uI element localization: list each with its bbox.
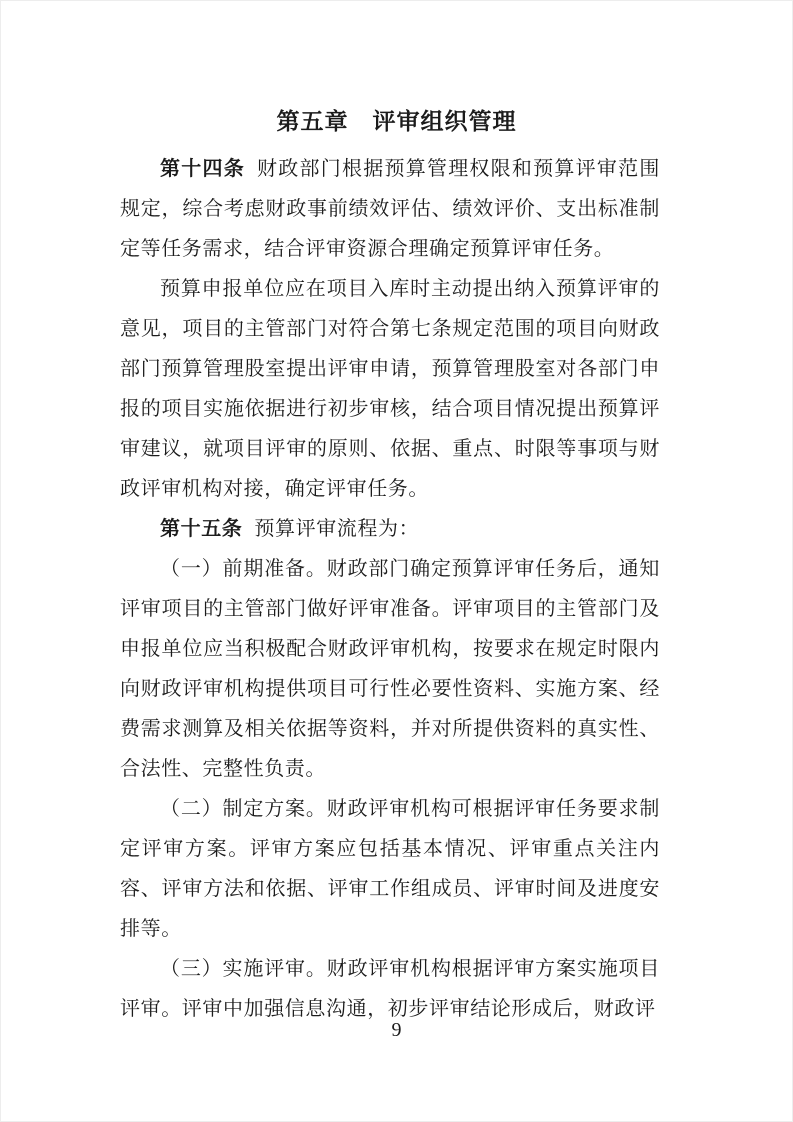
- paragraph-text: （二）制定方案。财政评审机构可根据评审任务要求制定评审方案。评审方案应包括基本情…: [120, 798, 660, 940]
- paragraph-step-1-preparation: （一）前期准备。财政部门确定预算评审任务后，通知评审项目的主管部门做好评审准备。…: [120, 549, 660, 789]
- paragraph-text: （一）前期准备。财政部门确定预算评审任务后，通知评审项目的主管部门做好评审准备。…: [120, 558, 660, 780]
- article-14-label: 第十四条: [160, 158, 245, 180]
- paragraph-text: 预算申报单位应在项目入库时主动提出纳入预算评审的意见，项目的主管部门对符合第七条…: [120, 278, 660, 500]
- paragraph-application-process: 预算申报单位应在项目入库时主动提出纳入预算评审的意见，项目的主管部门对符合第七条…: [120, 269, 660, 509]
- page-number: 9: [1, 1017, 792, 1043]
- article-15-label: 第十五条: [160, 518, 242, 540]
- document-page: 第五章 评审组织管理 第十四条财政部门根据预算管理权限和预算评审范围规定，综合考…: [0, 0, 793, 1122]
- paragraph-article-14: 第十四条财政部门根据预算管理权限和预算评审范围规定，综合考虑财政事前绩效评估、绩…: [120, 149, 660, 269]
- paragraph-article-15: 第十五条预算评审流程为：: [120, 509, 660, 549]
- document-body: 第十四条财政部门根据预算管理权限和预算评审范围规定，综合考虑财政事前绩效评估、绩…: [120, 149, 660, 1029]
- paragraph-text: （三）实施评审。财政评审机构根据评审方案实施项目评审。评审中加强信息沟通，初步评…: [120, 958, 660, 1020]
- paragraph-step-2-plan: （二）制定方案。财政评审机构可根据评审任务要求制定评审方案。评审方案应包括基本情…: [120, 789, 660, 949]
- chapter-title: 第五章 评审组织管理: [1, 102, 792, 140]
- paragraph-text: 预算评审流程为：: [254, 518, 419, 540]
